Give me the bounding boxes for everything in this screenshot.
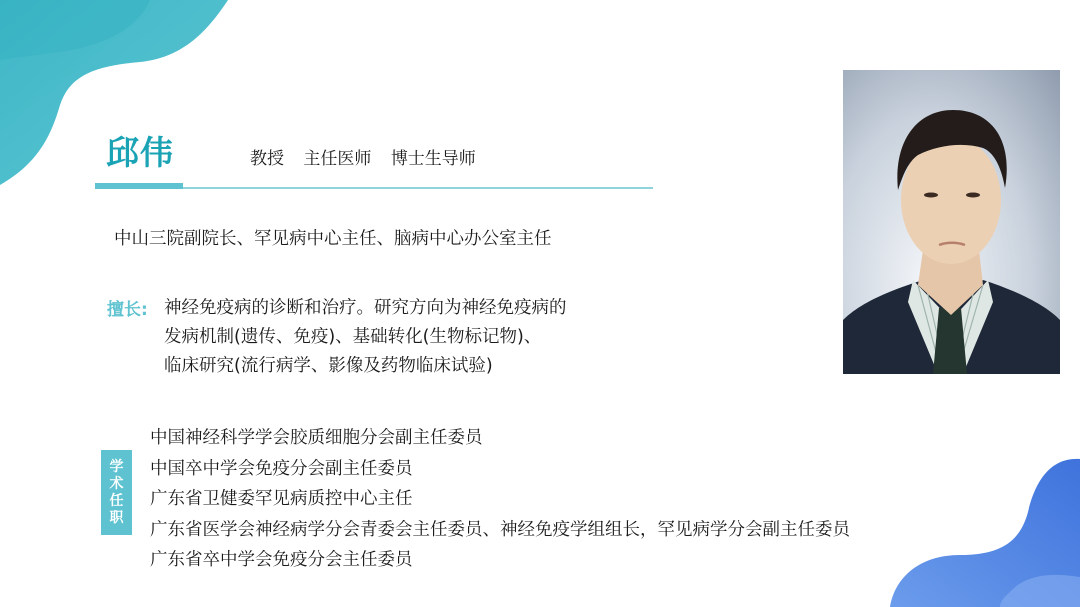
label-char: 术 xyxy=(110,476,124,493)
current-position: 中山三院副院长、罕见病中心主任、脑病中心办公室主任 xyxy=(114,225,552,250)
role-item: 广东省卫健委罕见病质控中心主任 xyxy=(150,484,850,515)
academic-roles-list: 中国神经科学学会胶质细胞分会副主任委员 中国卒中学会免疫分会副主任委员 广东省卫… xyxy=(150,423,850,576)
role-item: 中国神经科学学会胶质细胞分会副主任委员 xyxy=(150,423,850,454)
expertise-line: 神经免疫病的诊断和治疗。研究方向为神经免疫病的 xyxy=(164,294,567,323)
doctor-titles: 教授 主任医师 博士生导师 xyxy=(250,144,490,169)
header-underline xyxy=(183,187,653,189)
expertise-line: 发病机制(遗传、免疫)、基础转化(生物标记物)、 xyxy=(164,323,567,352)
label-char: 任 xyxy=(110,493,124,510)
title-chief-physician: 主任医师 xyxy=(303,149,371,169)
title-professor: 教授 xyxy=(250,149,284,169)
role-item: 广东省医学会神经病学分会青委会主任委员、神经免疫学组组长，罕见病学分会副主任委员 xyxy=(150,515,850,546)
expertise-label: 擅长: xyxy=(107,295,148,320)
decorative-blob-bottom-right xyxy=(850,427,1080,607)
header-underline-accent xyxy=(95,183,183,189)
title-doctoral-supervisor: 博士生导师 xyxy=(391,149,476,169)
role-item: 中国卒中学会免疫分会副主任委员 xyxy=(150,454,850,485)
label-char: 职 xyxy=(110,510,124,527)
role-item: 广东省卒中学会免疫分会主任委员 xyxy=(150,545,850,576)
doctor-name: 邱伟 xyxy=(106,127,174,174)
expertise-line: 临床研究(流行病学、影像及药物临床试验) xyxy=(164,352,567,381)
expertise-text: 神经免疫病的诊断和治疗。研究方向为神经免疫病的 发病机制(遗传、免疫)、基础转化… xyxy=(164,294,567,381)
label-char: 学 xyxy=(110,459,124,476)
academic-roles-label: 学 术 任 职 xyxy=(101,450,132,535)
doctor-portrait-photo xyxy=(843,70,1060,374)
portrait-illustration xyxy=(843,70,1060,374)
